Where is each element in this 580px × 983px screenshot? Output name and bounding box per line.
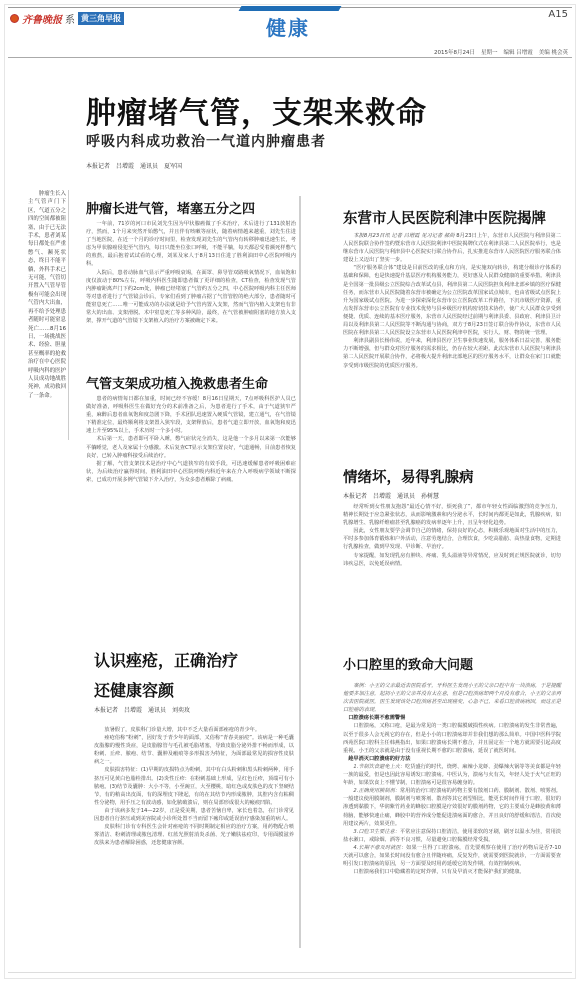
- breast-headline: 情绪坏，易得乳腺病: [343, 466, 474, 487]
- subsection-heading: 口腔溃疡长期不愈需警惕: [343, 714, 561, 722]
- byline-role: 通讯员: [148, 705, 166, 714]
- paragraph: 痤疮俗称“粉刺”，因好发于青少年的面部，又俗称“青春美丽痘”。该病是一种毛囊皮脂…: [94, 734, 294, 766]
- paragraph: 皮肤科门诊有专科医生会针对痤疮的不同时期制定相应的治疗方案，用药物配合喷雾清洁、…: [94, 823, 294, 847]
- main-headline: 肿瘤堵气管，支架来救命: [86, 88, 427, 132]
- byline-role: 本报记者: [86, 161, 110, 170]
- acne-byline: 本报记者 吕增霞 通讯员 刘奕玫: [94, 705, 190, 714]
- section1-heading: 肿瘤长进气管，堵塞五分之四: [86, 198, 255, 217]
- acne-headline-line1: 认识痤疮，正确治疗: [94, 648, 238, 671]
- brand-suffix: 系: [65, 11, 75, 26]
- dateline-lead: 本报8月23日讯 记者 吕增霞 见习记者 郝尚: [353, 233, 454, 239]
- paragraph: 利津县副县长杨伟说，近年来，利津县医疗卫生事业快速发展，服务体系日益完善，服务能…: [343, 337, 561, 369]
- tip-label: 4.长期不愈及时就医：: [353, 845, 406, 851]
- paragraph: 经常听到女性朋友抱怨“最近心情不好，烦死我了”，都市年轻女性面临激烈的竞争压力，…: [343, 503, 561, 527]
- byline-name: 吕增霞: [116, 161, 134, 170]
- tip: 4.长期不愈及时就医：如果一旦得了口腔溃疡，首先要观察在使用了治疗药物后是否7-…: [343, 844, 561, 868]
- acne-headline-line2: 还健康容颜: [94, 678, 174, 701]
- breast-body: 经常听到女性朋友抱怨“最近心情不好，烦死我了”，都市年轻女性面临激烈的竞争压力，…: [343, 503, 561, 628]
- paragraph: 口腔溃疡，又称口疮，是最为常见的一类口腔黏膜破损性疾病。口腔溃疡的发生非常普遍，…: [343, 722, 561, 754]
- sidebar-divider: [68, 190, 69, 440]
- section2-body: 患者的病情每日都在加重，时间已经不容缓！8月16日星期天，7点呼吸科医护人员已做…: [86, 395, 296, 484]
- byline-name: 刘奕玫: [172, 705, 190, 714]
- paragraph: 本报8月23日讯 记者 吕增霞 见习记者 郝尚 8月23日上午，东营市人民医院与…: [343, 232, 561, 264]
- closing-paragraph: 口腔溃疡我们口中隐藏着的定时炸弹，只有及早消灭才能保护我们的健康。: [343, 868, 561, 876]
- brand: 齐鲁晚报 系 黄三角早报: [10, 11, 124, 26]
- designer: 美编 桃会英: [539, 48, 568, 56]
- paragraph: 患者的病情每日都在加重，时间已经不容缓！8月16日星期天，7点呼吸科医护人员已做…: [86, 395, 296, 435]
- byline-name: 孙树慧: [421, 491, 439, 500]
- section2-heading: 气管支架成功植入挽救患者生命: [86, 373, 268, 392]
- brand-name: 齐鲁晚报: [22, 11, 62, 26]
- paragraph: 一年前，71岁的河口市民刘先生因为甲状腺癌做了手术治疗，术后进行了131放射治疗…: [86, 220, 296, 269]
- paragraph: 皮肤损害特征：(1)早期的皮损特点为粉刺，其中有白头粉刺和黑头粉刺两种，用手挤压…: [94, 766, 294, 806]
- case-study: 案例：小王的父亲最近去医院看牙，牙科医生发现小王的父亲口腔中有一块溃疡，于是提醒…: [343, 682, 561, 714]
- byline-name: 吕增霞: [373, 491, 391, 500]
- paragraph: 入院后，患者动脉血气显示严重呼吸衰竭，在面罩、鼻导管双路吸氧情况下，血氧饱和度仅…: [86, 269, 296, 326]
- footer-rule: [8, 972, 572, 973]
- paragraph: 专家提醒，如发现乳房有肿块、疼痛、乳头溢液等异常情况，应及时到正规医院就诊，切勿…: [343, 552, 561, 568]
- column-divider: [299, 196, 301, 948]
- paragraph: 放暑假了，皮肤科门诊量大增，其中不乏大量看面部痤疮的青少年。: [94, 726, 294, 734]
- hospital-body: 本报8月23日讯 记者 吕增霞 见习记者 郝尚 8月23日上午，东营市人民医院与…: [343, 232, 561, 370]
- editor: 编辑 吕增霞: [504, 48, 533, 56]
- tip-label: 1.节制饮食避免上火：: [353, 764, 405, 770]
- oral-body: 案例：小王的父亲最近去医院看牙，牙科医生发现小王的父亲口腔中有一块溃疡，于是提醒…: [343, 682, 561, 876]
- byline-role: 本报记者: [343, 491, 367, 500]
- tip: 2.正确使用膜制剂：常用的治疗口腔溃疡的药物主要有散剂口药、膜制剂、散剂、喷雾剂…: [343, 787, 561, 827]
- paragraph: 据了解，气管支架技术是治疗中心气道狭窄的有效手段，可迅速缓解患者呼吸困难症状，为…: [86, 460, 296, 484]
- tip-label: 2.正确使用膜制剂：: [353, 788, 400, 794]
- brand-logo-icon: [10, 14, 19, 23]
- byline-role: 本报记者: [94, 705, 118, 714]
- paragraph: 术后第一天，患者即可平卧入睡，憋气症状完全消失，这是他一个多月以来第一次能够平躺…: [86, 435, 296, 459]
- tip-label: 3.口腔卫生要注意：: [353, 829, 400, 835]
- date: 2015年8月24日: [434, 48, 475, 56]
- hospital-headline: 东营市人民医院利津中医院揭牌: [343, 207, 546, 228]
- byline-name: 吕增霞: [124, 705, 142, 714]
- tip: 3.口腔卫生要注意：平常应注意保持口腔清洁，使用柔软的牙刷，刷牙以温水为佳，常用…: [343, 828, 561, 844]
- dateline: 2015年8月24日 星期一 编辑 吕增霞 美编 桃会英: [434, 48, 568, 56]
- byline-role: 通讯员: [140, 161, 158, 170]
- main-subheadline: 呼吸内科成功救治一气道内肿瘤患者: [86, 131, 326, 151]
- breast-byline: 本报记者 吕增霞 通讯员 孙树慧: [343, 491, 439, 500]
- acne-body: 放暑假了，皮肤科门诊量大增，其中不乏大量看面部痤疮的青少年。 痤疮俗称“粉刺”，…: [94, 726, 294, 847]
- page-number: A15: [548, 9, 568, 20]
- dateline-rule: [8, 57, 572, 58]
- tip: 1.节制饮食避免上火：吃货盛行的时代，烧烤、麻辣小龙虾、劲爆辣火锅等等美食都是年…: [343, 763, 561, 787]
- byline-name: 夏军国: [164, 161, 182, 170]
- oral-headline: 小口腔里的致命大问题: [343, 654, 473, 673]
- paragraph: “医疗服务联合体”建设是目前医改的重点和方向，是实施双向转诊，构建分级诊疗体系的…: [343, 264, 561, 337]
- section-title: 健康: [266, 12, 310, 41]
- paragraph: 因此，女性朋友要学会调节自己的情绪，保持良好的心态，积极乐观地面对生活中的压力，…: [343, 527, 561, 551]
- section1-body: 一年前，71岁的河口市民刘先生因为甲状腺癌做了手术治疗，术后进行了131放射治疗…: [86, 220, 296, 325]
- subsection-heading: 趁早消灭口腔溃疡的好方法: [343, 755, 561, 763]
- main-byline: 本报记者 吕增霞 通讯员 夏军国: [86, 161, 182, 170]
- masthead: 齐鲁晚报 系 黄三角早报 健康 A15: [0, 0, 580, 42]
- byline-role: 通讯员: [397, 491, 415, 500]
- section-tab-accent: [239, 6, 342, 11]
- brand-badge: 黄三角早报: [78, 12, 124, 25]
- weekday: 星期一: [481, 48, 498, 56]
- sidebar-lead: 肿瘤生长入主气管声门下区，气道五分之四的空间都被阻塞，由于已无法手术，患者刘某每…: [28, 190, 66, 400]
- paragraph: 由于该病多发于14—22岁，正是爱美期，患者苦恼自卑，家长也着急，在门诊常见因患…: [94, 807, 294, 823]
